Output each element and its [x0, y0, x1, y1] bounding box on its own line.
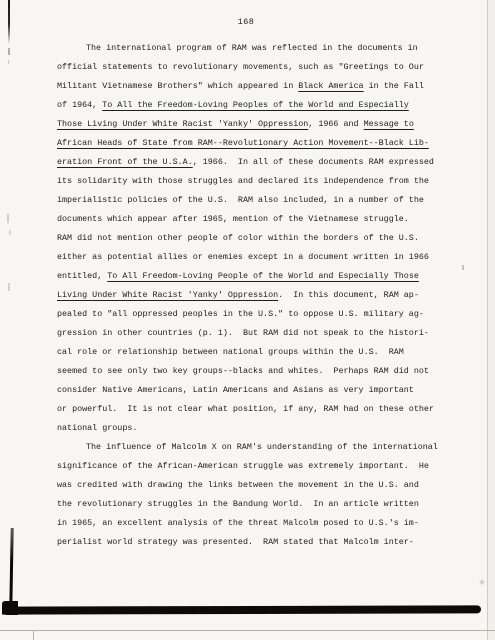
scan-tick-bottom — [33, 630, 34, 640]
text-run: cal role or relationship between nationa… — [57, 347, 404, 357]
text-run: official statements to revolutionary mov… — [57, 62, 424, 72]
text-line: significance of the African-American str… — [57, 457, 462, 476]
scan-speck — [8, 48, 10, 55]
text-run: or powerful. It is not clear what positi… — [57, 404, 434, 414]
scanned-page: 168 The international program of RAM was… — [0, 0, 495, 640]
text-run: its solidarity with those struggles and … — [57, 176, 429, 186]
underlined-text-run: African Heads of State from RAM--Revolut… — [57, 138, 429, 148]
text-line: The influence of Malcolm X on RAM's unde… — [57, 438, 462, 457]
text-run: significance of the African-American str… — [57, 461, 429, 471]
text-line: either as potential allies or enemies ex… — [57, 248, 462, 267]
text-line: eration Front of the U.S.A., 1966. In al… — [57, 153, 462, 172]
text-line: Militant Vietnamese Brothers" which appe… — [57, 77, 462, 96]
text-line: gression in other countries (p. 1). But … — [57, 324, 462, 343]
text-line: was credited with drawing the links betw… — [57, 476, 462, 495]
text-line: cal role or relationship between nationa… — [57, 343, 462, 362]
page-number: 168 — [0, 17, 492, 27]
text-run: of 1964, — [57, 100, 102, 110]
text-run: seemed to see only two key groups--black… — [57, 366, 429, 376]
scan-hairline-bottom — [0, 630, 495, 631]
text-line: African Heads of State from RAM--Revolut… — [57, 134, 462, 153]
scan-corner-blob — [2, 601, 18, 615]
text-run: , 1966 and — [308, 119, 363, 129]
text-run: imperialistic policies of the U.S. RAM a… — [57, 195, 424, 205]
underlined-text-run: eration Front of the U.S.A. — [57, 157, 193, 167]
text-line: entitled, To All Freedom-Loving People o… — [57, 267, 462, 286]
underlined-text-run: To All the Freedom-Loving Peoples of the… — [102, 100, 409, 110]
text-line: Living Under White Racist 'Yanky' Oppres… — [57, 286, 462, 305]
text-run: consider Native Americans, Latin America… — [57, 385, 414, 395]
text-run: gression in other countries (p. 1). But … — [57, 328, 429, 338]
text-line: Those Living Under White Racist 'Yanky' … — [57, 115, 462, 134]
scan-bar-bottom — [2, 605, 481, 614]
text-run: in 1965, an excellent analysis of the th… — [57, 518, 419, 528]
text-run: Militant Vietnamese Brothers" which appe… — [57, 81, 298, 91]
scan-speck — [462, 265, 464, 270]
underlined-text-run: Message to — [364, 119, 414, 129]
text-run: national groups. — [57, 423, 137, 433]
text-line: of 1964, To All the Freedom-Loving Peopl… — [57, 96, 462, 115]
scan-edge-line-right — [487, 0, 488, 640]
text-run: , 1966. In all of these documents RAM ex… — [193, 157, 434, 167]
text-run: either as potential allies or enemies ex… — [57, 252, 429, 262]
underlined-text-run: To All Freedom-Loving People of the Worl… — [107, 271, 419, 281]
text-run: was credited with drawing the links betw… — [57, 480, 419, 490]
text-run: entitled, — [57, 271, 107, 281]
text-block: The international program of RAM was ref… — [57, 39, 462, 552]
text-run: pealed to "all oppressed peoples in the … — [57, 309, 424, 319]
text-line: the revolutionary struggles in the Bandu… — [57, 495, 462, 514]
text-line: national groups. — [57, 419, 462, 438]
scan-speck — [479, 579, 485, 585]
text-line: official statements to revolutionary mov… — [57, 58, 462, 77]
text-run: RAM did not mention other people of colo… — [57, 233, 419, 243]
text-line: perialist world strategy was presented. … — [57, 533, 462, 552]
text-line: in 1965, an excellent analysis of the th… — [57, 514, 462, 533]
text-run: in the Fall — [364, 81, 424, 91]
underlined-text-run: Those Living Under White Racist 'Yanky' … — [57, 119, 308, 129]
text-line: documents which appear after 1965, menti… — [57, 210, 462, 229]
scan-speck — [8, 283, 10, 291]
scan-strip-right — [488, 0, 495, 640]
text-line: pealed to "all oppressed peoples in the … — [57, 305, 462, 324]
text-run: The international program of RAM was ref… — [86, 43, 418, 53]
scan-speck — [9, 230, 11, 235]
text-line: imperialistic policies of the U.S. RAM a… — [57, 191, 462, 210]
text-line: The international program of RAM was ref… — [57, 39, 462, 58]
underlined-text-run: Living Under White Racist 'Yanky' Oppres… — [57, 290, 278, 300]
text-run: . In this document, RAM ap- — [278, 290, 419, 300]
text-run: The influence of Malcolm X on RAM's unde… — [86, 442, 438, 452]
underlined-text-run: Black America — [298, 81, 363, 91]
text-line: seemed to see only two key groups--black… — [57, 362, 462, 381]
scan-speck — [7, 214, 9, 223]
scan-speck — [8, 60, 9, 64]
text-line: or powerful. It is not clear what positi… — [57, 400, 462, 419]
text-run: the revolutionary struggles in the Bandu… — [57, 499, 419, 509]
text-line: consider Native Americans, Latin America… — [57, 381, 462, 400]
text-line: its solidarity with those struggles and … — [57, 172, 462, 191]
text-run: perialist world strategy was presented. … — [57, 537, 414, 547]
scan-edge-line-left — [9, 528, 13, 608]
text-run: documents which appear after 1965, menti… — [57, 214, 409, 224]
text-line: RAM did not mention other people of colo… — [57, 229, 462, 248]
